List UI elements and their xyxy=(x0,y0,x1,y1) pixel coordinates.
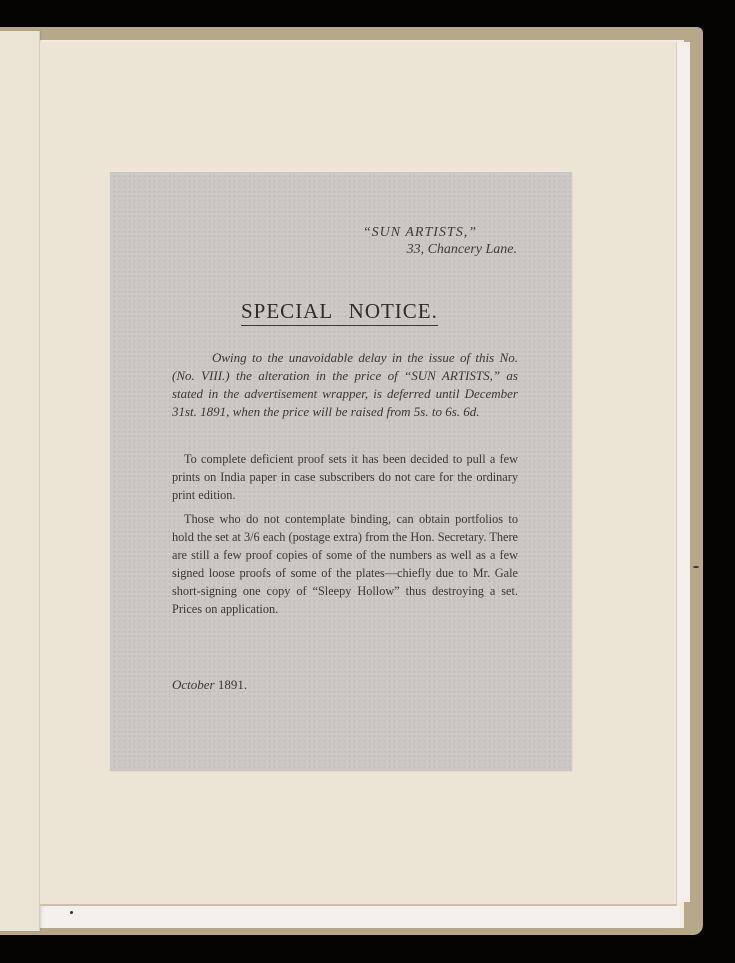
street-address: 33, Chancery Lane. xyxy=(363,241,517,258)
page-edge-right xyxy=(676,42,690,902)
notice-paragraph-proofs: To complete deficient proof sets it has … xyxy=(172,450,518,504)
left-facing-page xyxy=(0,31,40,931)
date-year: 1891. xyxy=(218,677,247,692)
notice-title: SPECIAL NOTICE. xyxy=(241,299,438,326)
publisher-address-block: “SUN ARTISTS,” 33, Chancery Lane. xyxy=(363,224,517,258)
date-month: October xyxy=(172,677,215,692)
notice-date: October 1891. xyxy=(172,677,247,693)
page-speck xyxy=(70,911,73,914)
page-edge-bottom xyxy=(44,906,680,928)
cover-notch xyxy=(693,566,699,568)
special-notice-sheet: “SUN ARTISTS,” 33, Chancery Lane. SPECIA… xyxy=(110,172,572,770)
publication-name: “SUN ARTISTS,” xyxy=(363,224,477,241)
notice-paragraph-price: Owing to the unavoidable delay in the is… xyxy=(172,349,518,421)
notice-paragraph-portfolios: Those who do not contemplate binding, ca… xyxy=(172,510,518,618)
